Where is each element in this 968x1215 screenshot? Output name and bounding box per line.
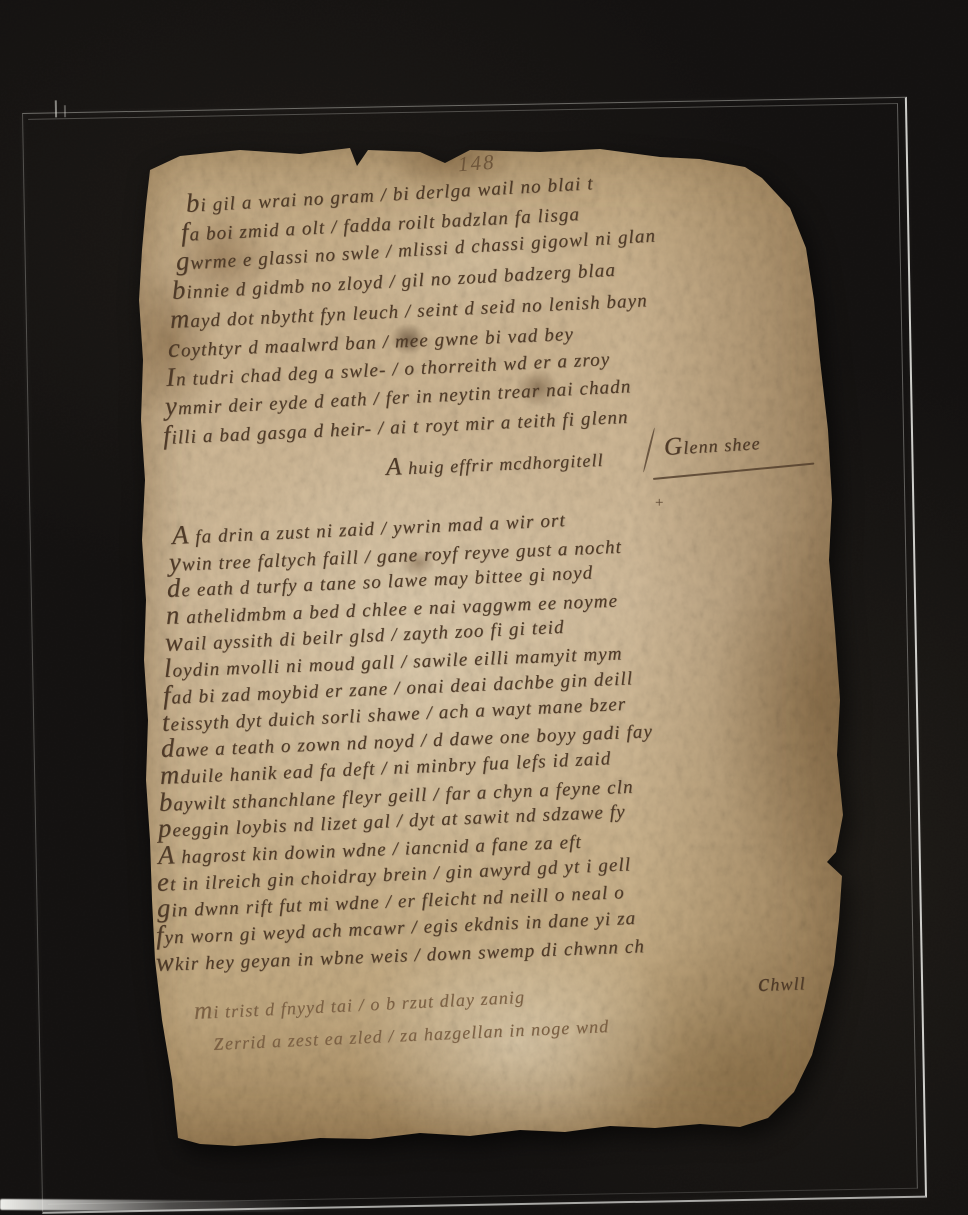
bracket-stroke xyxy=(642,427,655,472)
attribution-line: A huig effrir mcdhorgitell xyxy=(386,448,605,480)
manuscript-page: 148 bi gil a wrai no gram / bi derlga wa… xyxy=(118,143,850,1155)
colophon-line: zerrid a zest ea zled / za hazgellan in … xyxy=(213,1014,609,1055)
flourish-underline xyxy=(653,462,814,479)
catchword: chwll xyxy=(758,971,806,996)
colophon-line: mi trist d fnyyd tai / o b rzut dlay zan… xyxy=(193,985,525,1024)
side-note: Glenn shee xyxy=(663,431,761,460)
glass-bottom-highlight xyxy=(0,1199,310,1212)
cross-mark: + xyxy=(655,495,663,512)
photo-stage: 148 bi gil a wrai no gram / bi derlga wa… xyxy=(0,0,968,1215)
page-number: 148 xyxy=(457,150,496,178)
glass-corner-tick xyxy=(55,100,57,117)
manuscript-page-wrap: 148 bi gil a wrai no gram / bi derlga wa… xyxy=(118,143,850,1155)
glass-corner-tick xyxy=(64,105,66,117)
